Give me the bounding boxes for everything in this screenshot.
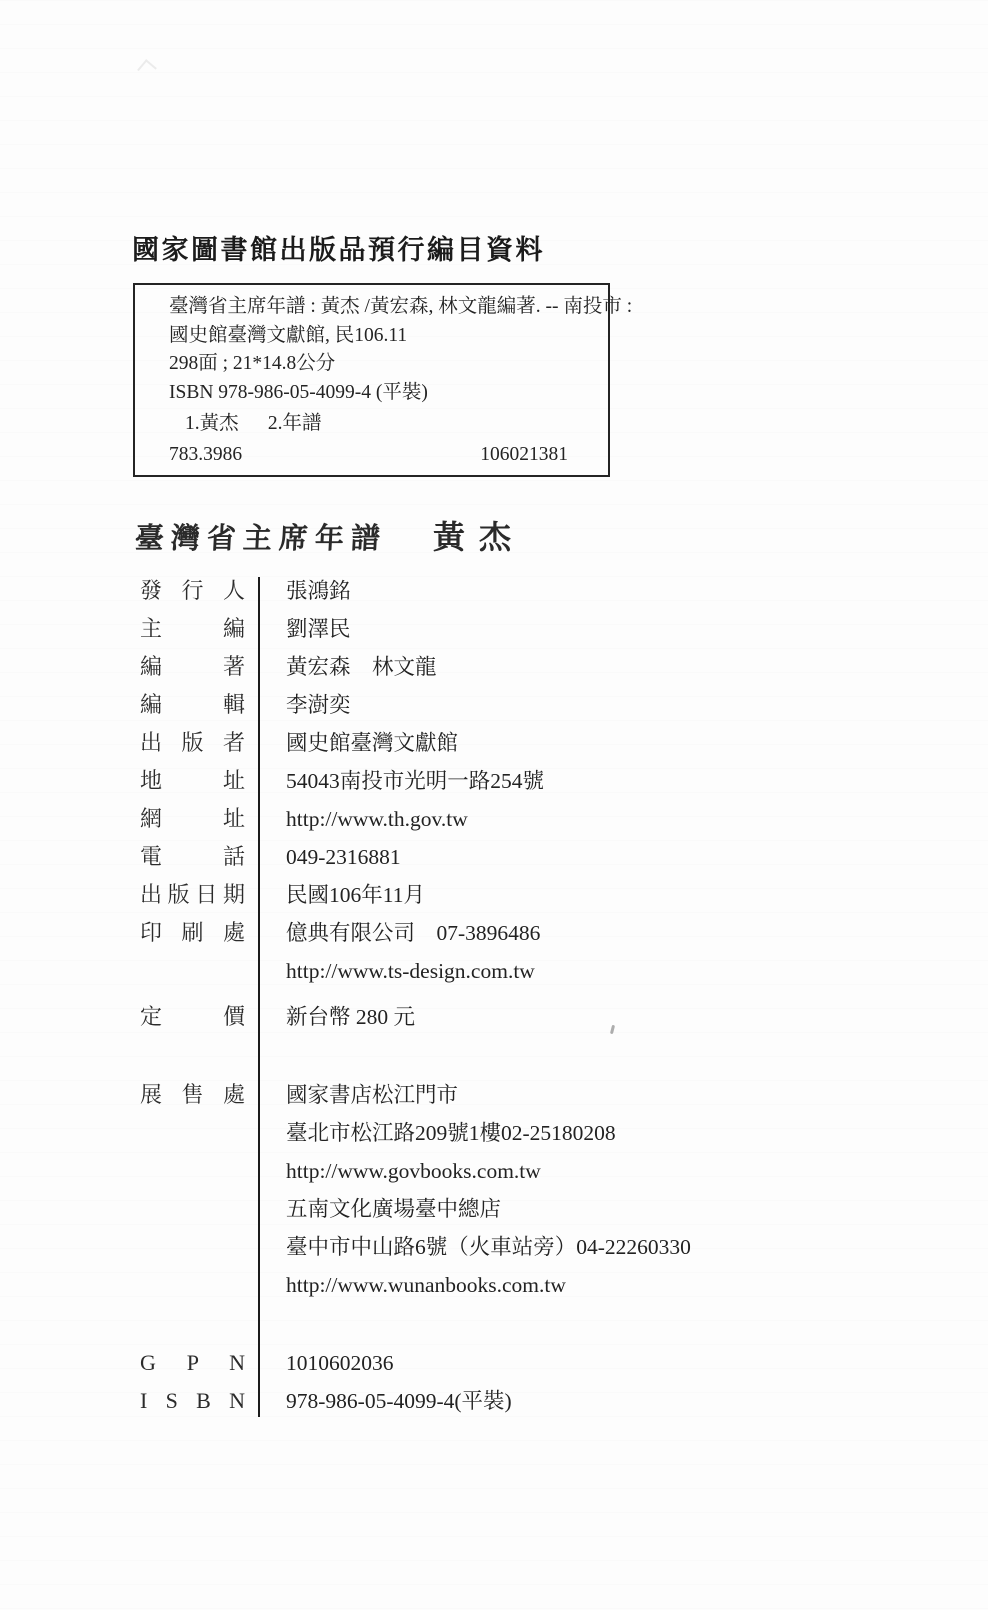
colophon-row-values: 張鴻銘 — [272, 572, 351, 610]
colophon-row-values: 978-986-05-4099-4(平裝) — [272, 1382, 512, 1420]
colophon-row-values: 國史館臺灣文獻館 — [272, 724, 458, 762]
colophon-row: 展售處 國家書店松江門市臺北市松江路209號1樓02-25180208http:… — [140, 1076, 780, 1304]
cip-record-box: 臺灣省主席年譜 : 黃杰 /黃宏森, 林文龍編著. -- 南投市 :國史館臺灣文… — [133, 283, 610, 477]
colophon-row-label: 電話 — [140, 838, 245, 876]
colophon-row: 定價 新台幣 280 元 — [140, 998, 780, 1036]
colophon-row: 編著 黃宏森 林文龍 — [140, 648, 780, 686]
colophon-value-line: 新台幣 280 元 — [286, 998, 415, 1036]
colophon-row-label: 網址 — [140, 800, 245, 838]
cip-box-lines: 臺灣省主席年譜 : 黃杰 /黃宏森, 林文龍編著. -- 南投市 :國史館臺灣文… — [169, 293, 572, 407]
colophon-row: G P N 1010602036 — [140, 1344, 780, 1382]
colophon-row-values: 049-2316881 — [272, 838, 401, 876]
colophon-rows: 發行人 張鴻銘 主編 劉澤民 編著 黃宏森 林文龍 編輯 李澍奕 出版者 國史館… — [140, 572, 780, 1420]
colophon-row: 出版日期 民國106年11月 — [140, 876, 780, 914]
colophon-value-line: 臺北市松江路209號1樓02-25180208 — [286, 1114, 691, 1152]
scan-mark — [137, 59, 157, 79]
colophon-row-label: 定價 — [140, 998, 245, 1036]
colophon-row: 發行人 張鴻銘 — [140, 572, 780, 610]
colophon-row-values: 1010602036 — [272, 1344, 394, 1382]
colophon-value-line: 1010602036 — [286, 1344, 394, 1382]
colophon-value-line: 臺中市中山路6號（火車站旁）04-22260330 — [286, 1228, 691, 1266]
cip-box-line: 298面 ; 21*14.8公分 — [169, 350, 572, 379]
colophon-row-values: 劉澤民 — [272, 610, 351, 648]
cip-box-line: 臺灣省主席年譜 : 黃杰 /黃宏森, 林文龍編著. -- 南投市 : — [169, 293, 572, 322]
colophon-value-line: 國家書店松江門市 — [286, 1076, 691, 1114]
colophon-row: 電話 049-2316881 — [140, 838, 780, 876]
colophon-value-line: http://www.th.gov.tw — [286, 800, 468, 838]
colophon-row-values: 李澍奕 — [272, 686, 351, 724]
table-divider-line — [258, 577, 260, 1417]
colophon-value-line: 民國106年11月 — [286, 876, 425, 914]
colophon-value-line: 張鴻銘 — [286, 572, 351, 610]
cip-header-title: 國家圖書館出版品預行編目資料 — [132, 228, 545, 267]
colophon-row: 主編 劉澤民 — [140, 610, 780, 648]
colophon-row-values: 億典有限公司 07-3896486http://www.ts-design.co… — [272, 914, 540, 990]
colophon-row: 出版者 國史館臺灣文獻館 — [140, 724, 780, 762]
colophon-value-line: 國史館臺灣文獻館 — [286, 724, 458, 762]
colophon-row-label: G P N — [140, 1344, 245, 1382]
colophon-row-label: 印刷處 — [140, 914, 245, 952]
colophon-value-line: 黃宏森 林文龍 — [286, 648, 437, 686]
colophon-table: 發行人 張鴻銘 主編 劉澤民 編著 黃宏森 林文龍 編輯 李澍奕 出版者 國史館… — [140, 572, 780, 1420]
colophon-row-values: 54043南投市光明一路254號 — [272, 762, 544, 800]
colophon-row-values: 黃宏森 林文龍 — [272, 648, 437, 686]
scanned-colophon-page: 國家圖書館出版品預行編目資料 臺灣省主席年譜 : 黃杰 /黃宏森, 林文龍編著.… — [0, 0, 988, 1610]
colophon-value-line: http://www.ts-design.com.tw — [286, 952, 540, 990]
colophon-row-values: http://www.th.gov.tw — [272, 800, 468, 838]
colophon-row-label: I S B N — [140, 1382, 245, 1420]
colophon-row-label: 出版日期 — [140, 876, 245, 914]
colophon-value-line: http://www.govbooks.com.tw — [286, 1152, 691, 1190]
book-title-main: 臺灣省主席年譜 — [134, 516, 388, 557]
colophon-row-values: 新台幣 280 元 — [272, 998, 415, 1036]
book-title-author: 黃杰 — [433, 512, 525, 558]
colophon-value-line: 億典有限公司 07-3896486 — [286, 914, 540, 952]
colophon-row-label: 展售處 — [140, 1076, 245, 1114]
colophon-row: I S B N 978-986-05-4099-4(平裝) — [140, 1382, 780, 1420]
cip-classification-number: 783.3986 — [169, 441, 242, 470]
colophon-value-line: http://www.wunanbooks.com.tw — [286, 1266, 691, 1304]
colophon-value-line: 五南文化廣場臺中總店 — [286, 1190, 691, 1228]
colophon-row-values: 國家書店松江門市臺北市松江路209號1樓02-25180208http://ww… — [272, 1076, 691, 1304]
colophon-row-values: 民國106年11月 — [272, 876, 425, 914]
colophon-row-label: 編著 — [140, 648, 245, 686]
colophon-value-line: 049-2316881 — [286, 838, 401, 876]
colophon-row-label: 出版者 — [140, 724, 245, 762]
colophon-value-line: 李澍奕 — [286, 686, 351, 724]
cip-bottom-row: 783.3986 106021381 — [169, 441, 572, 470]
colophon-value-line: 劉澤民 — [286, 610, 351, 648]
colophon-row: 編輯 李澍奕 — [140, 686, 780, 724]
book-title: 臺灣省主席年譜 黃杰 — [135, 512, 525, 558]
colophon-row: 印刷處 億典有限公司 07-3896486http://www.ts-desig… — [140, 914, 780, 990]
colophon-row: 地址 54043南投市光明一路254號 — [140, 762, 780, 800]
cip-box-line: 國史館臺灣文獻館, 民106.11 — [169, 322, 572, 351]
cip-box-line: ISBN 978-986-05-4099-4 (平裝) — [169, 379, 572, 408]
cip-record-number: 106021381 — [480, 441, 568, 470]
colophon-row-label: 發行人 — [140, 572, 245, 610]
colophon-row-label: 地址 — [140, 762, 245, 800]
cip-subject-headings: 1.黃杰 2.年譜 — [169, 410, 572, 439]
colophon-value-line: 978-986-05-4099-4(平裝) — [286, 1382, 512, 1420]
colophon-row: 網址 http://www.th.gov.tw — [140, 800, 780, 838]
colophon-row-label: 編輯 — [140, 686, 245, 724]
colophon-row-label: 主編 — [140, 610, 245, 648]
colophon-value-line: 54043南投市光明一路254號 — [286, 762, 544, 800]
